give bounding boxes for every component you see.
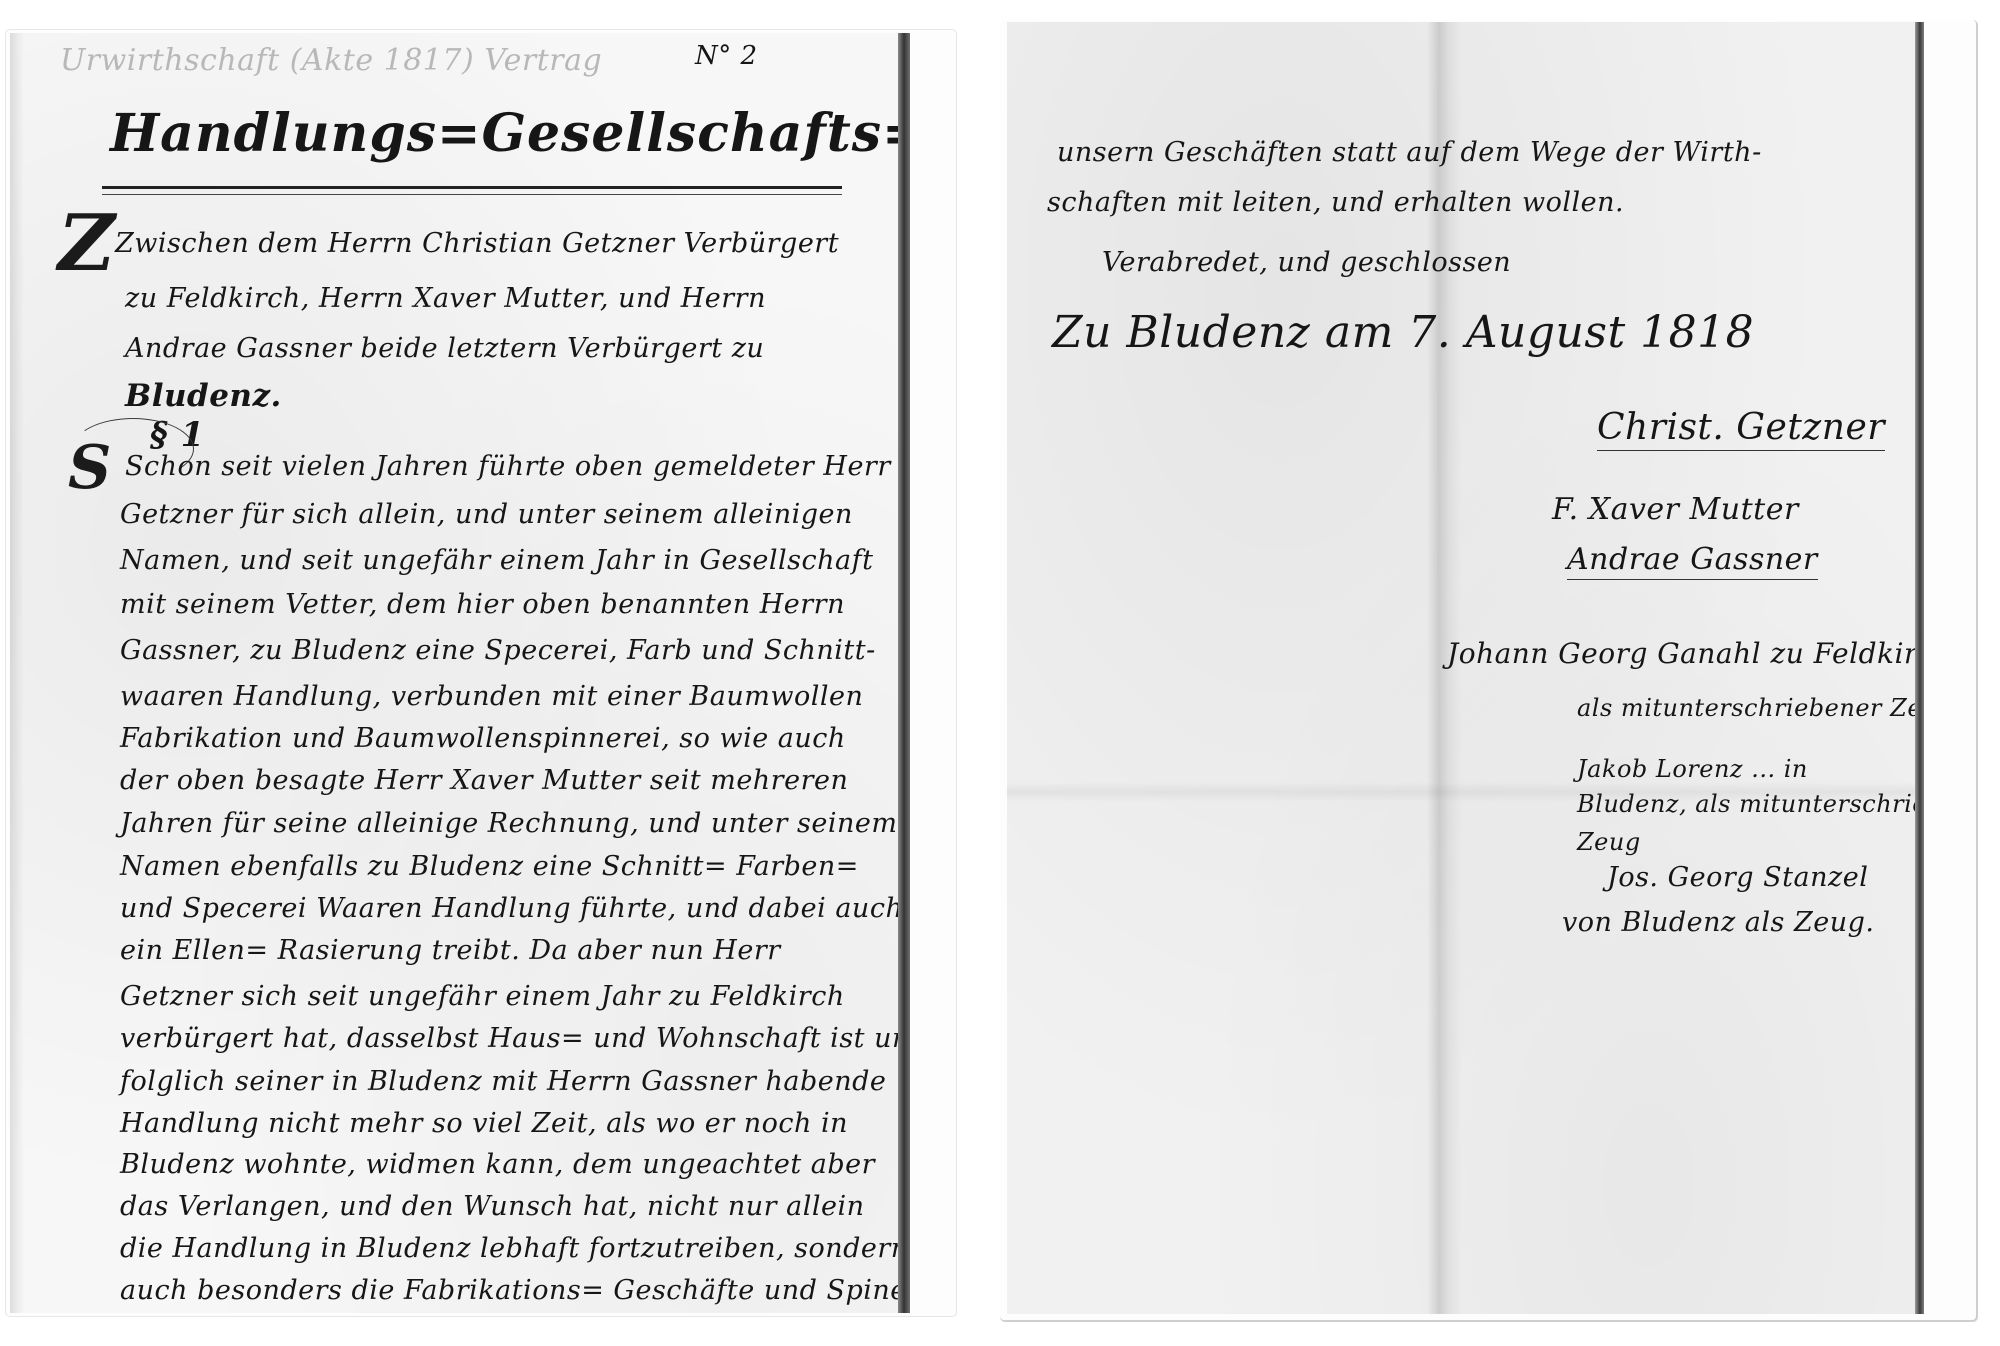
title-underline xyxy=(102,186,842,195)
witness-line: Jos. Georg Stanzel xyxy=(1607,862,1868,893)
body-line: Schon seit vielen Jahren führte oben gem… xyxy=(125,451,891,482)
body-line: waaren Handlung, verbunden mit einer Bau… xyxy=(120,681,863,712)
body-line: auch besonders die Fabrikations= Geschäf… xyxy=(120,1275,910,1306)
body-line: Getzner sich seit ungefähr einem Jahr zu… xyxy=(120,981,845,1012)
right-manuscript-page: unsern Geschäften statt auf dem Wege der… xyxy=(1007,22,1924,1314)
preamble-line: zu Feldkirch, Herrn Xaver Mutter, und He… xyxy=(125,283,766,314)
body-line: und Specerei Waaren Handlung führte, und… xyxy=(120,893,903,924)
body-line: die Handlung in Bludenz lebhaft fortzutr… xyxy=(120,1233,909,1264)
preamble-line: Bludenz. xyxy=(125,378,282,414)
body-line: Gassner, zu Bludenz eine Specerei, Farb … xyxy=(120,635,876,666)
body-line: folglich seiner in Bludenz mit Herrn Gas… xyxy=(120,1066,886,1097)
body-line: Fabrikation und Baumwollenspinnerei, so … xyxy=(120,723,846,754)
body-line: Bludenz wohnte, widmen kann, dem ungeach… xyxy=(120,1149,875,1180)
body-line: Jahren für seine alleinige Rechnung, und… xyxy=(120,808,897,839)
body-line: Handlung nicht mehr so viel Zeit, als wo… xyxy=(120,1108,848,1139)
archive-annotation: Urwirthschaft (Akte 1817) Vertrag xyxy=(60,43,602,78)
body-line: Getzner für sich allein, und unter seine… xyxy=(120,499,853,530)
signature-mutter: F. Xaver Mutter xyxy=(1552,492,1799,527)
witness-line: Bludenz, als mitunterschriebener xyxy=(1577,790,1924,818)
signature-getzner: Christ. Getzner xyxy=(1597,407,1885,451)
witness-line: von Bludenz als Zeug. xyxy=(1562,907,1874,938)
closing-phrase: Verabredet, und geschlossen xyxy=(1102,247,1511,278)
body-line: Namen, und seit ungefähr einem Jahr in G… xyxy=(120,545,873,576)
body-line: mit seinem Vetter, dem hier oben benannt… xyxy=(120,589,845,620)
preamble-line: Zwischen dem Herrn Christian Getzner Ver… xyxy=(115,228,839,259)
witness-line: als mitunterschriebener Zeug xyxy=(1577,694,1924,722)
left-manuscript-page: Urwirthschaft (Akte 1817) Vertrag N° 2 H… xyxy=(10,33,910,1313)
body-line: ein Ellen= Rasierung treibt. Da aber nun… xyxy=(120,935,781,966)
initial-z-flourish: Z xyxy=(58,198,115,289)
body-line: schaften mit leiten, und erhalten wollen… xyxy=(1047,187,1624,218)
witness-line: Johann Georg Ganahl zu Feldkirch xyxy=(1447,637,1924,670)
body-line: verbürgert hat, dasselbst Haus= und Wohn… xyxy=(120,1023,910,1054)
body-line: unsern Geschäften statt auf dem Wege der… xyxy=(1057,137,1762,168)
body-line: der oben besagte Herr Xaver Mutter seit … xyxy=(120,765,848,796)
witness-line: Zeug xyxy=(1577,828,1641,856)
document-title: Handlungs=Gesellschafts=Vertrag. xyxy=(110,103,910,164)
body-line: Namen ebenfalls zu Bludenz eine Schnitt=… xyxy=(120,851,859,882)
preamble-line: Andrae Gassner beide letztern Verbürgert… xyxy=(125,333,764,364)
initial-s-flourish: S xyxy=(68,433,111,503)
witness-line: Jakob Lorenz ... in xyxy=(1577,755,1808,783)
document-number: N° 2 xyxy=(695,41,758,71)
body-line: das Verlangen, und den Wunsch hat, nicht… xyxy=(120,1191,865,1222)
place-and-date: Zu Bludenz am 7. August 1818 xyxy=(1052,307,1754,358)
signature-gassner: Andrae Gassner xyxy=(1567,542,1818,580)
